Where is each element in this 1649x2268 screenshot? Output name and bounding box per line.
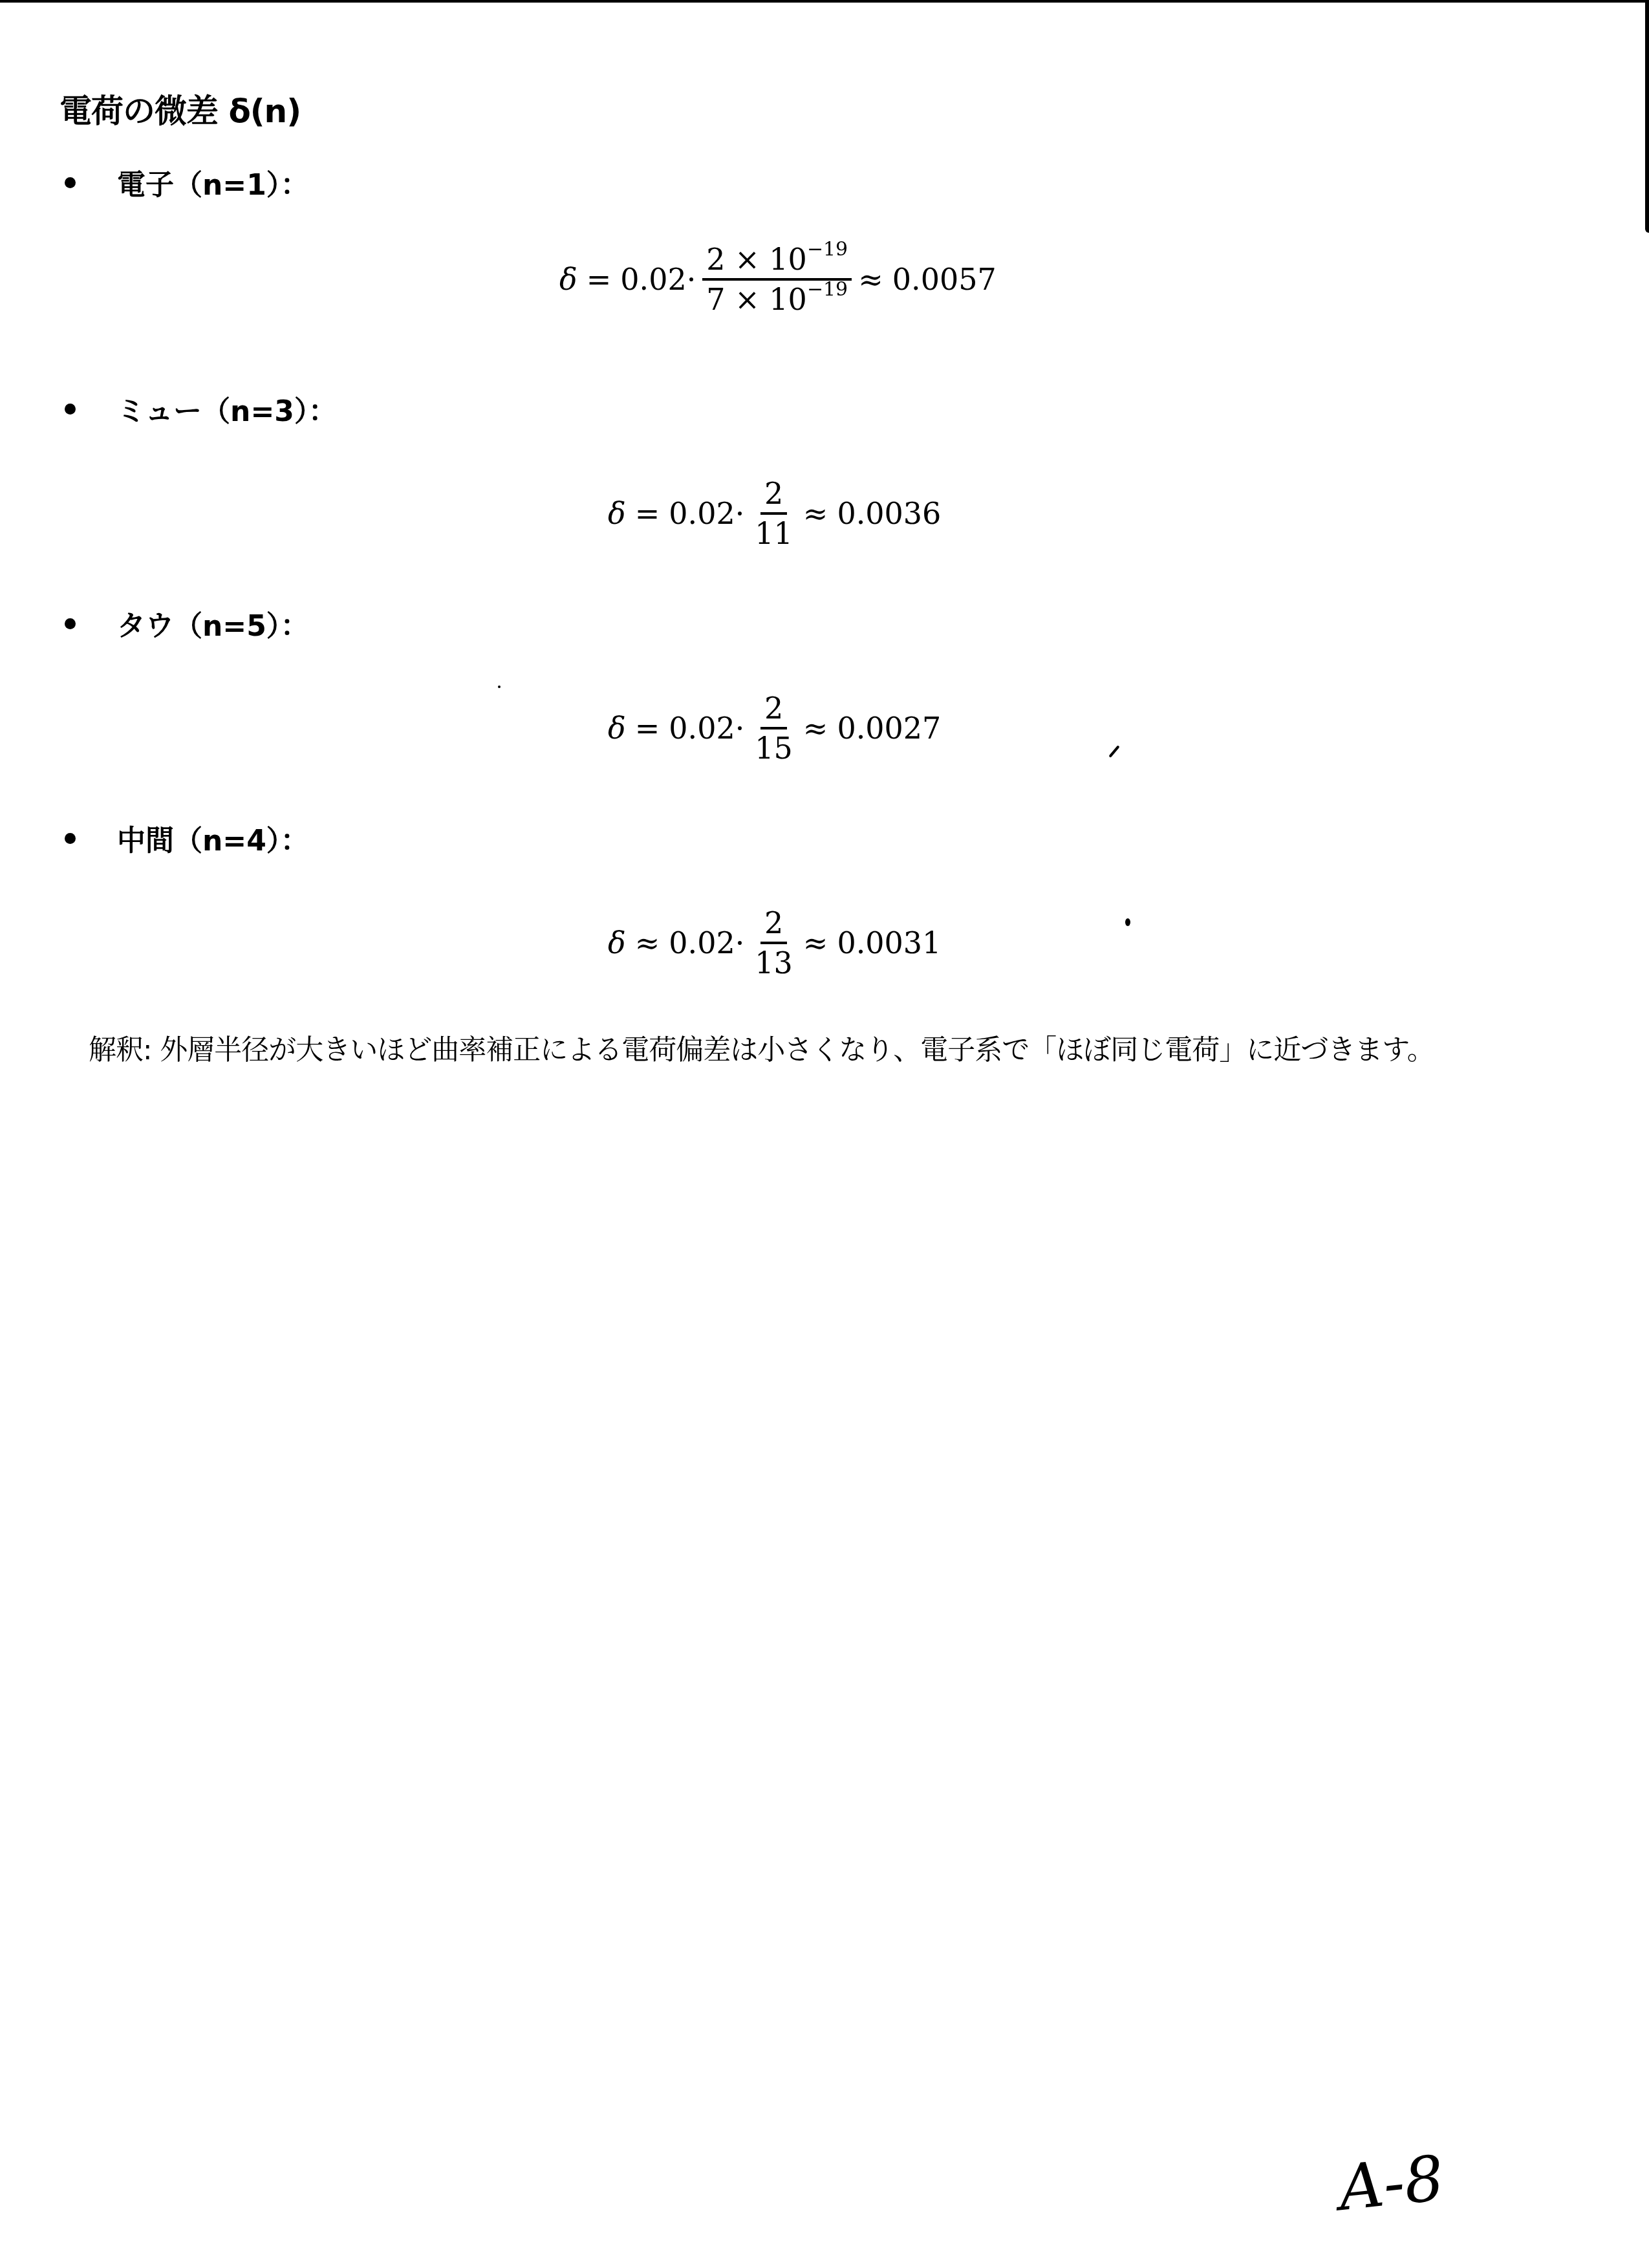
coefficient: 0.02 xyxy=(669,496,735,531)
item-label: タウ（n=5）： xyxy=(117,603,309,644)
list-item-intermediate: 中間（n=4）： xyxy=(59,817,309,859)
multiply-dot: · xyxy=(735,925,745,960)
handwritten-page-mark: A-8 xyxy=(1335,2142,1448,2225)
fraction: 2 × 10−19 7 × 10−19 xyxy=(702,244,852,314)
formula-intermediate: δ ≈ 0.02 · 2 13 ≈ 0.0031 xyxy=(608,908,941,978)
fraction: 2 15 xyxy=(751,693,797,763)
list-item-electron: 電子（n=1）： xyxy=(59,162,309,203)
bullet-icon xyxy=(65,618,76,629)
interpretation-text: 解釈: 外層半径が大きいほど曲率補正による電荷偏差は小さくなり、電子系で「ほぼ同… xyxy=(89,1028,1434,1068)
scan-speck xyxy=(1125,918,1130,926)
result-value: 0.0036 xyxy=(837,496,941,531)
numerator: 2 xyxy=(760,479,787,515)
denominator: 13 xyxy=(751,944,797,978)
numerator: 2 xyxy=(760,908,787,944)
denominator: 7 × 10−19 xyxy=(702,281,852,314)
item-label: 電子（n=1）： xyxy=(117,162,309,203)
delta-symbol: δ xyxy=(559,262,577,297)
approx-sign: ≈ xyxy=(803,711,828,746)
fraction: 2 13 xyxy=(751,908,797,978)
multiply-dot: · xyxy=(687,262,696,297)
approx-sign: ≈ xyxy=(803,925,828,960)
relation: = xyxy=(587,262,612,297)
delta-symbol: δ xyxy=(608,496,626,531)
coefficient: 0.02 xyxy=(669,925,735,960)
scan-edge-right xyxy=(1645,0,1649,233)
relation: ≈ xyxy=(635,925,660,960)
coefficient: 0.02 xyxy=(669,711,735,746)
formula-muon: δ = 0.02 · 2 11 ≈ 0.0036 xyxy=(608,479,941,548)
scan-speck xyxy=(498,686,501,688)
denominator: 11 xyxy=(751,515,797,548)
list-item-tau: タウ（n=5）： xyxy=(59,603,309,644)
coefficient: 0.02 xyxy=(620,262,686,297)
result-value: 0.0057 xyxy=(892,262,997,297)
relation: = xyxy=(635,496,660,531)
numerator: 2 xyxy=(760,693,787,729)
scan-speck xyxy=(1108,745,1119,757)
denominator: 15 xyxy=(751,729,797,763)
numerator: 2 × 10−19 xyxy=(702,244,852,281)
relation: = xyxy=(635,711,660,746)
multiply-dot: · xyxy=(735,711,745,746)
approx-sign: ≈ xyxy=(803,496,828,531)
bullet-icon xyxy=(65,404,76,415)
scan-edge-top xyxy=(0,0,1649,3)
list-item-muon: ミュー（n=3）： xyxy=(59,388,337,429)
item-label: ミュー（n=3）： xyxy=(117,388,337,429)
bullet-icon xyxy=(65,833,76,844)
bullet-icon xyxy=(65,177,76,188)
delta-symbol: δ xyxy=(608,925,626,960)
formula-electron: δ = 0.02 · 2 × 10−19 7 × 10−19 ≈ 0.0057 xyxy=(559,244,997,314)
multiply-dot: · xyxy=(735,496,745,531)
result-value: 0.0031 xyxy=(837,925,941,960)
delta-symbol: δ xyxy=(608,711,626,746)
fraction: 2 11 xyxy=(751,479,797,548)
result-value: 0.0027 xyxy=(837,711,941,746)
formula-tau: δ = 0.02 · 2 15 ≈ 0.0027 xyxy=(608,693,941,763)
item-label: 中間（n=4）： xyxy=(117,817,309,859)
section-title: 電荷の微差 δ(n) xyxy=(59,85,301,132)
approx-sign: ≈ xyxy=(858,262,883,297)
